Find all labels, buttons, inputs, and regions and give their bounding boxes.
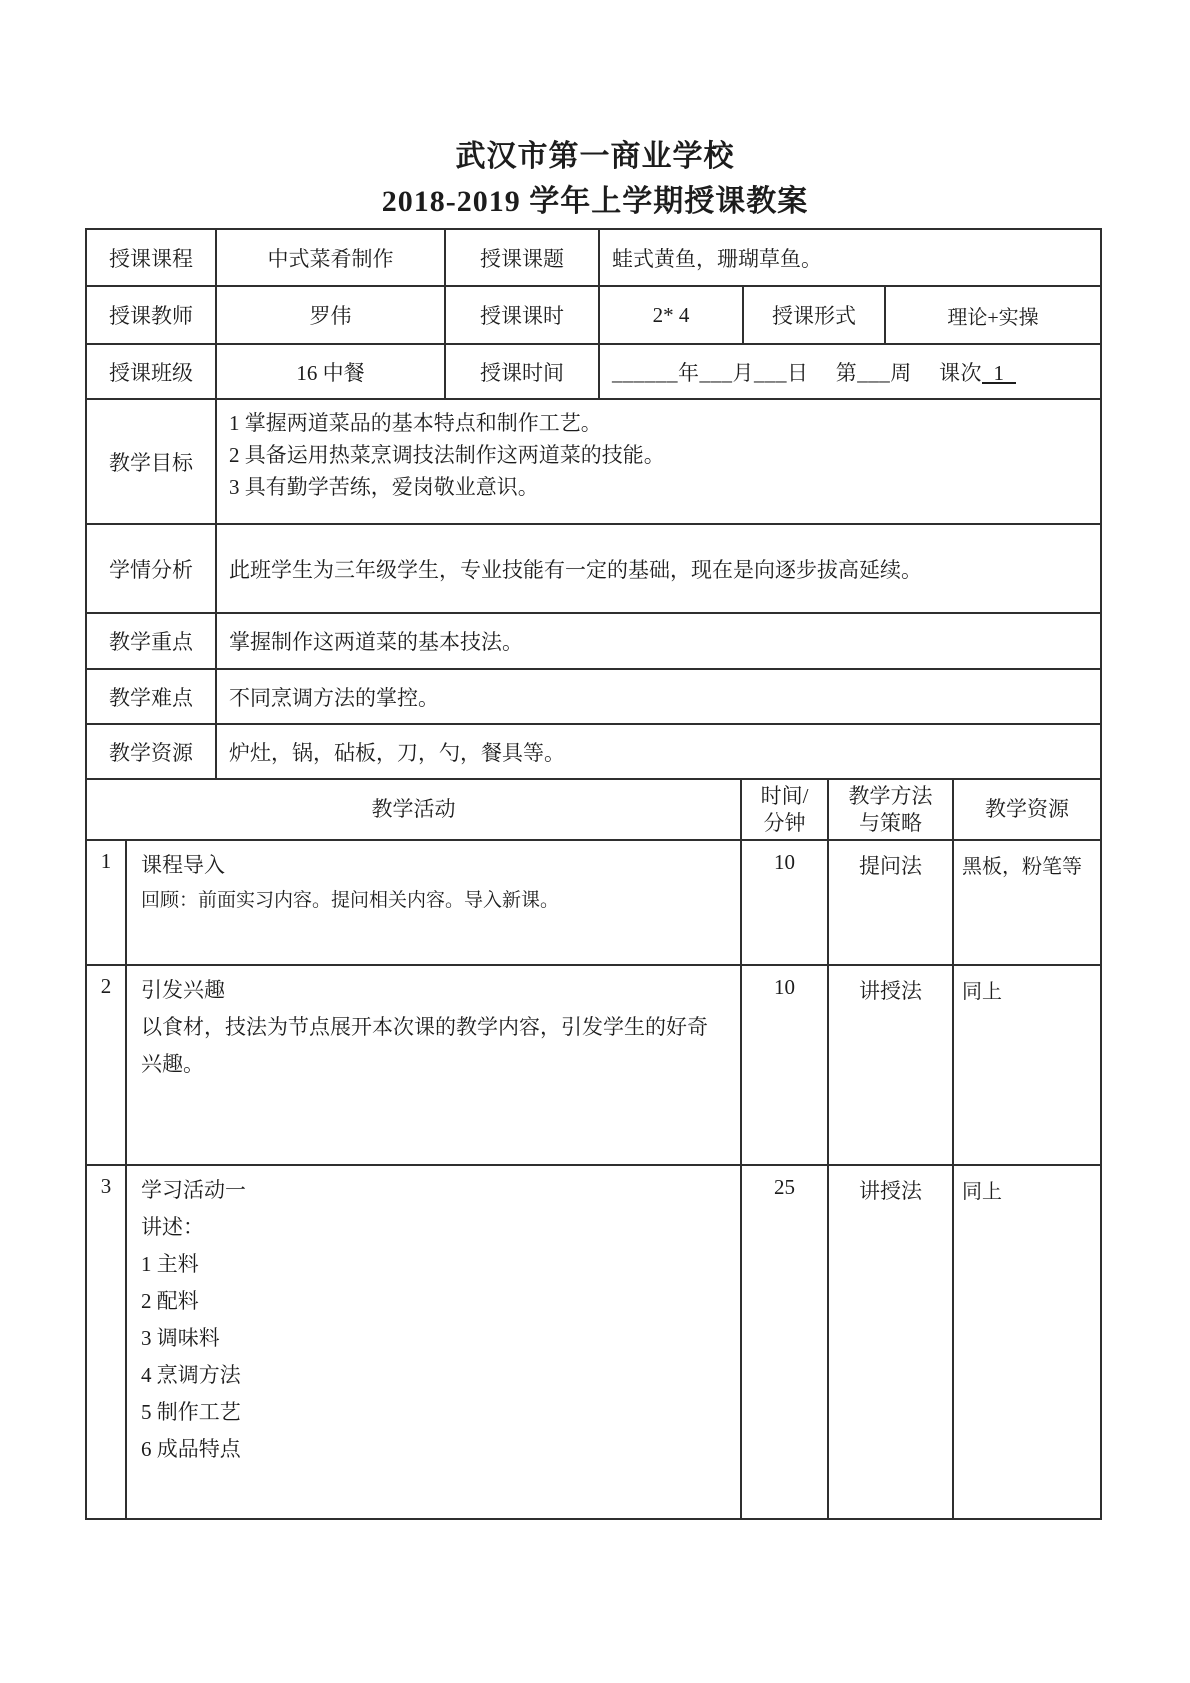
activity-title: 引发兴趣 bbox=[141, 972, 726, 1009]
activity-resource: 同上 bbox=[953, 965, 1101, 1165]
activity-content: 学习活动一 讲述： 1 主料 2 配料 3 调味料 4 烹调方法 5 制作工艺 … bbox=[126, 1165, 741, 1519]
activity-title: 学习活动一 bbox=[141, 1172, 726, 1209]
row-objectives: 教学目标 1 掌握两道菜品的基本特点和制作工艺。 2 具备运用热菜烹调技法制作这… bbox=[86, 399, 1101, 524]
form-value: 理论+实操 bbox=[885, 286, 1101, 344]
class-value: 16 中餐 bbox=[216, 344, 445, 399]
objectives-value: 1 掌握两道菜品的基本特点和制作工艺。 2 具备运用热菜烹调技法制作这两道菜的技… bbox=[216, 399, 1101, 524]
row-teacher: 授课教师 罗伟 授课课时 2* 4 授课形式 理论+实操 bbox=[86, 286, 1101, 344]
time-blanks: ______年___月___日 第___周 课次 bbox=[612, 361, 982, 385]
activity-time: 10 bbox=[741, 965, 828, 1165]
row-analysis: 学情分析 此班学生为三年级学生，专业技能有一定的基础，现在是向逐步拔高延续。 bbox=[86, 524, 1101, 613]
document-title: 2018-2019 学年上学期授课教案 bbox=[0, 179, 1190, 224]
form-label: 授课形式 bbox=[743, 286, 885, 344]
analysis-value: 此班学生为三年级学生，专业技能有一定的基础，现在是向逐步拔高延续。 bbox=[216, 524, 1101, 613]
document-header: 武汉市第一商业学校 2018-2019 学年上学期授课教案 bbox=[0, 0, 1190, 224]
time-value: ______年___月___日 第___周 课次 1 bbox=[599, 344, 1101, 399]
lesson-number: 1 bbox=[982, 361, 1016, 385]
class-label: 授课班级 bbox=[86, 344, 216, 399]
method-header-line: 教学方法 bbox=[829, 783, 952, 810]
analysis-label: 学情分析 bbox=[86, 524, 216, 613]
difficulties-label: 教学难点 bbox=[86, 669, 216, 724]
activity-method: 讲授法 bbox=[828, 965, 953, 1165]
course-label: 授课课程 bbox=[86, 229, 216, 286]
time-header-line: 时间/ bbox=[742, 783, 827, 810]
difficulties-value: 不同烹调方法的掌控。 bbox=[216, 669, 1101, 724]
activity-resource: 同上 bbox=[953, 1165, 1101, 1519]
topic-label: 授课课题 bbox=[445, 229, 599, 286]
key-points-label: 教学重点 bbox=[86, 613, 216, 669]
method-column-header: 教学方法 与策略 bbox=[828, 779, 953, 840]
objectives-label: 教学目标 bbox=[86, 399, 216, 524]
activity-row: 3 学习活动一 讲述： 1 主料 2 配料 3 调味料 4 烹调方法 5 制作工… bbox=[86, 1165, 1101, 1519]
teacher-label: 授课教师 bbox=[86, 286, 216, 344]
school-title: 武汉市第一商业学校 bbox=[0, 134, 1190, 179]
activities-header-row: 教学活动 时间/ 分钟 教学方法 与策略 教学资源 bbox=[86, 779, 1101, 840]
activity-number: 2 bbox=[86, 965, 126, 1165]
activity-method: 提问法 bbox=[828, 840, 953, 965]
activity-title: 课程导入 bbox=[141, 847, 726, 884]
row-course: 授课课程 中式菜肴制作 授课课题 蛙式黄鱼，珊瑚草鱼。 bbox=[86, 229, 1101, 286]
activities-table: 教学活动 时间/ 分钟 教学方法 与策略 教学资源 1 课程导入 回顾：前面实习… bbox=[85, 778, 1102, 1520]
key-points-value: 掌握制作这两道菜的基本技法。 bbox=[216, 613, 1101, 669]
resources-value: 炉灶，锅，砧板，刀，勺，餐具等。 bbox=[216, 724, 1101, 779]
activity-number: 3 bbox=[86, 1165, 126, 1519]
row-key-points: 教学重点 掌握制作这两道菜的基本技法。 bbox=[86, 613, 1101, 669]
activity-content: 课程导入 回顾：前面实习内容。提问相关内容。导入新课。 bbox=[126, 840, 741, 965]
teacher-value: 罗伟 bbox=[216, 286, 445, 344]
activity-resource: 黑板，粉笔等 bbox=[953, 840, 1101, 965]
resource-column-header: 教学资源 bbox=[953, 779, 1101, 840]
row-class: 授课班级 16 中餐 授课时间 ______年___月___日 第___周 课次… bbox=[86, 344, 1101, 399]
hours-label: 授课课时 bbox=[445, 286, 599, 344]
row-difficulties: 教学难点 不同烹调方法的掌控。 bbox=[86, 669, 1101, 724]
time-label: 授课时间 bbox=[445, 344, 599, 399]
activity-detail: 讲述： 1 主料 2 配料 3 调味料 4 烹调方法 5 制作工艺 6 成品特点 bbox=[141, 1209, 726, 1468]
activity-detail: 回顾：前面实习内容。提问相关内容。导入新课。 bbox=[141, 884, 726, 917]
method-header-line: 与策略 bbox=[829, 810, 952, 837]
activity-time: 10 bbox=[741, 840, 828, 965]
time-header-line: 分钟 bbox=[742, 810, 827, 837]
activity-number: 1 bbox=[86, 840, 126, 965]
topic-value: 蛙式黄鱼，珊瑚草鱼。 bbox=[599, 229, 1101, 286]
course-info-table: 授课课程 中式菜肴制作 授课课题 蛙式黄鱼，珊瑚草鱼。 授课教师 罗伟 授课课时… bbox=[85, 228, 1102, 780]
lesson-plan-page: 武汉市第一商业学校 2018-2019 学年上学期授课教案 授课课程 中式菜肴制… bbox=[0, 0, 1190, 1683]
activity-row: 2 引发兴趣 以食材，技法为节点展开本次课的教学内容，引发学生的好奇兴趣。 10… bbox=[86, 965, 1101, 1165]
objective-item: 1 掌握两道菜品的基本特点和制作工艺。 bbox=[229, 407, 1088, 439]
activity-detail: 以食材，技法为节点展开本次课的教学内容，引发学生的好奇兴趣。 bbox=[141, 1009, 726, 1083]
activity-method: 讲授法 bbox=[828, 1165, 953, 1519]
course-value: 中式菜肴制作 bbox=[216, 229, 445, 286]
objective-item: 3 具有勤学苦练，爱岗敬业意识。 bbox=[229, 471, 1088, 503]
row-resources: 教学资源 炉灶，锅，砧板，刀，勺，餐具等。 bbox=[86, 724, 1101, 779]
time-column-header: 时间/ 分钟 bbox=[741, 779, 828, 840]
resources-label: 教学资源 bbox=[86, 724, 216, 779]
activity-row: 1 课程导入 回顾：前面实习内容。提问相关内容。导入新课。 10 提问法 黑板，… bbox=[86, 840, 1101, 965]
activity-time: 25 bbox=[741, 1165, 828, 1519]
activity-content: 引发兴趣 以食材，技法为节点展开本次课的教学内容，引发学生的好奇兴趣。 bbox=[126, 965, 741, 1165]
activity-column-header: 教学活动 bbox=[86, 779, 741, 840]
hours-value: 2* 4 bbox=[599, 286, 743, 344]
objective-item: 2 具备运用热菜烹调技法制作这两道菜的技能。 bbox=[229, 439, 1088, 471]
